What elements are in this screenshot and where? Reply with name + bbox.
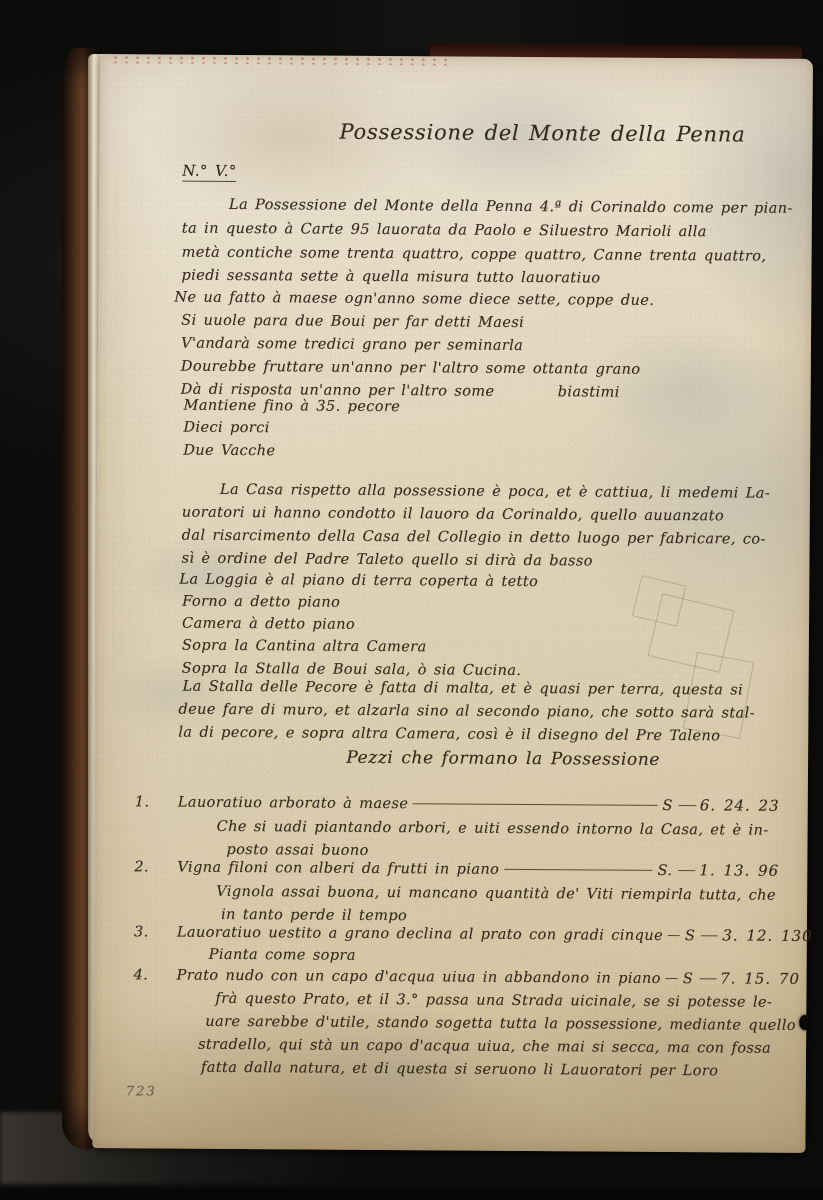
parcel-measure: 6. 24. 23 bbox=[700, 798, 794, 814]
risposta-note: biastimi bbox=[558, 385, 620, 400]
bottom-shadow-strip bbox=[0, 1188, 823, 1200]
parcel-label: Vigna filoni con alberi da frutti in pia… bbox=[177, 861, 499, 878]
dash-rule bbox=[699, 978, 716, 979]
parcel-number: 3. bbox=[134, 925, 177, 940]
yield-line: Dieci porci bbox=[183, 421, 269, 436]
stalla-line: la di pecore, e sopra altra Camera, così… bbox=[178, 726, 720, 744]
casa-line: sì è ordine del Padre Taleto quello si d… bbox=[181, 552, 592, 569]
leader-rule bbox=[504, 869, 652, 871]
parcel-note: Pianta come sopra bbox=[209, 948, 356, 964]
parcel-unit: S bbox=[683, 972, 695, 987]
parcel-number: 2. bbox=[134, 860, 177, 875]
parcel-measure: 3. 12. 130 bbox=[722, 928, 816, 944]
parcel-note: in tanto perde il tempo bbox=[221, 908, 407, 924]
parcel-unit: S bbox=[662, 799, 674, 814]
intro-line: piedi sessanta sette à quella misura tut… bbox=[181, 269, 600, 286]
parcel-measure: 7. 15. 70 bbox=[720, 971, 814, 987]
photo-background: Possessione del Monte della Penna N.° V.… bbox=[0, 0, 823, 1200]
room-line: Sopra la Stalla de Boui sala, ò sia Cuci… bbox=[182, 662, 522, 679]
parcel-measure: 1. 13. 96 bbox=[699, 863, 793, 879]
room-line: La Loggia è al piano di terra coperta à … bbox=[179, 573, 538, 590]
room-line: Forno a detto piano bbox=[182, 595, 340, 611]
heading-number: N.° V.° bbox=[182, 164, 237, 182]
dash-rule bbox=[701, 935, 718, 936]
parcel-number: 4. bbox=[134, 968, 177, 983]
yield-line: Dourebbe fruttare un'anno per l'altro so… bbox=[181, 360, 641, 378]
parcel-label: Prato nudo con un capo d'acqua uiua in a… bbox=[177, 969, 661, 987]
leader-rule bbox=[666, 978, 678, 979]
folio-number: 723 bbox=[126, 1085, 157, 1098]
room-line: Sopra la Cantina altra Camera bbox=[182, 639, 427, 655]
yield-line: Due Vacche bbox=[183, 444, 275, 459]
parcel-label: Lauoratiuo arborato à maese bbox=[178, 796, 409, 812]
parcel-unit: S. bbox=[657, 864, 674, 879]
manuscript-page: Possessione del Monte della Penna N.° V.… bbox=[92, 54, 813, 1153]
intro-line: ta in questo à Carte 95 lauorata da Paol… bbox=[182, 222, 707, 240]
yield-line: V'andarà some tredici grano per seminarl… bbox=[181, 337, 523, 354]
casa-line: La Casa rispetto alla possessione è poca… bbox=[220, 483, 770, 501]
parcel-unit: S bbox=[685, 929, 697, 944]
dash-rule bbox=[679, 805, 696, 806]
yield-line: Mantiene fino à 35. pecore bbox=[183, 399, 400, 415]
leader-rule bbox=[413, 803, 657, 806]
casa-line: uoratori ui hanno condotto il lauoro da … bbox=[182, 506, 724, 524]
page-title: Possessione del Monte della Penna bbox=[339, 122, 675, 145]
yield-line: Dà di risposta un'anno per l'altro some bbox=[181, 383, 495, 400]
room-line: Camera à detto piano bbox=[182, 617, 355, 633]
parcel-number: 1. bbox=[135, 795, 178, 810]
yield-line: Si uuole para due Boui per far detti Mae… bbox=[181, 314, 524, 331]
parcel-note: posto assai buono bbox=[226, 843, 368, 858]
section-heading: Pezzi che formano la Possessione bbox=[345, 750, 661, 769]
leader-rule bbox=[668, 935, 680, 936]
binding-hole bbox=[799, 1015, 810, 1030]
parcel-note: fatta dalla natura, et di questa si seru… bbox=[201, 1061, 718, 1079]
yield-line: Ne ua fatto à maese ogn'anno some diece … bbox=[174, 291, 654, 309]
dash-rule bbox=[678, 870, 695, 871]
parcel-label: Lauoratiuo uestito a grano declina al pr… bbox=[177, 926, 663, 944]
